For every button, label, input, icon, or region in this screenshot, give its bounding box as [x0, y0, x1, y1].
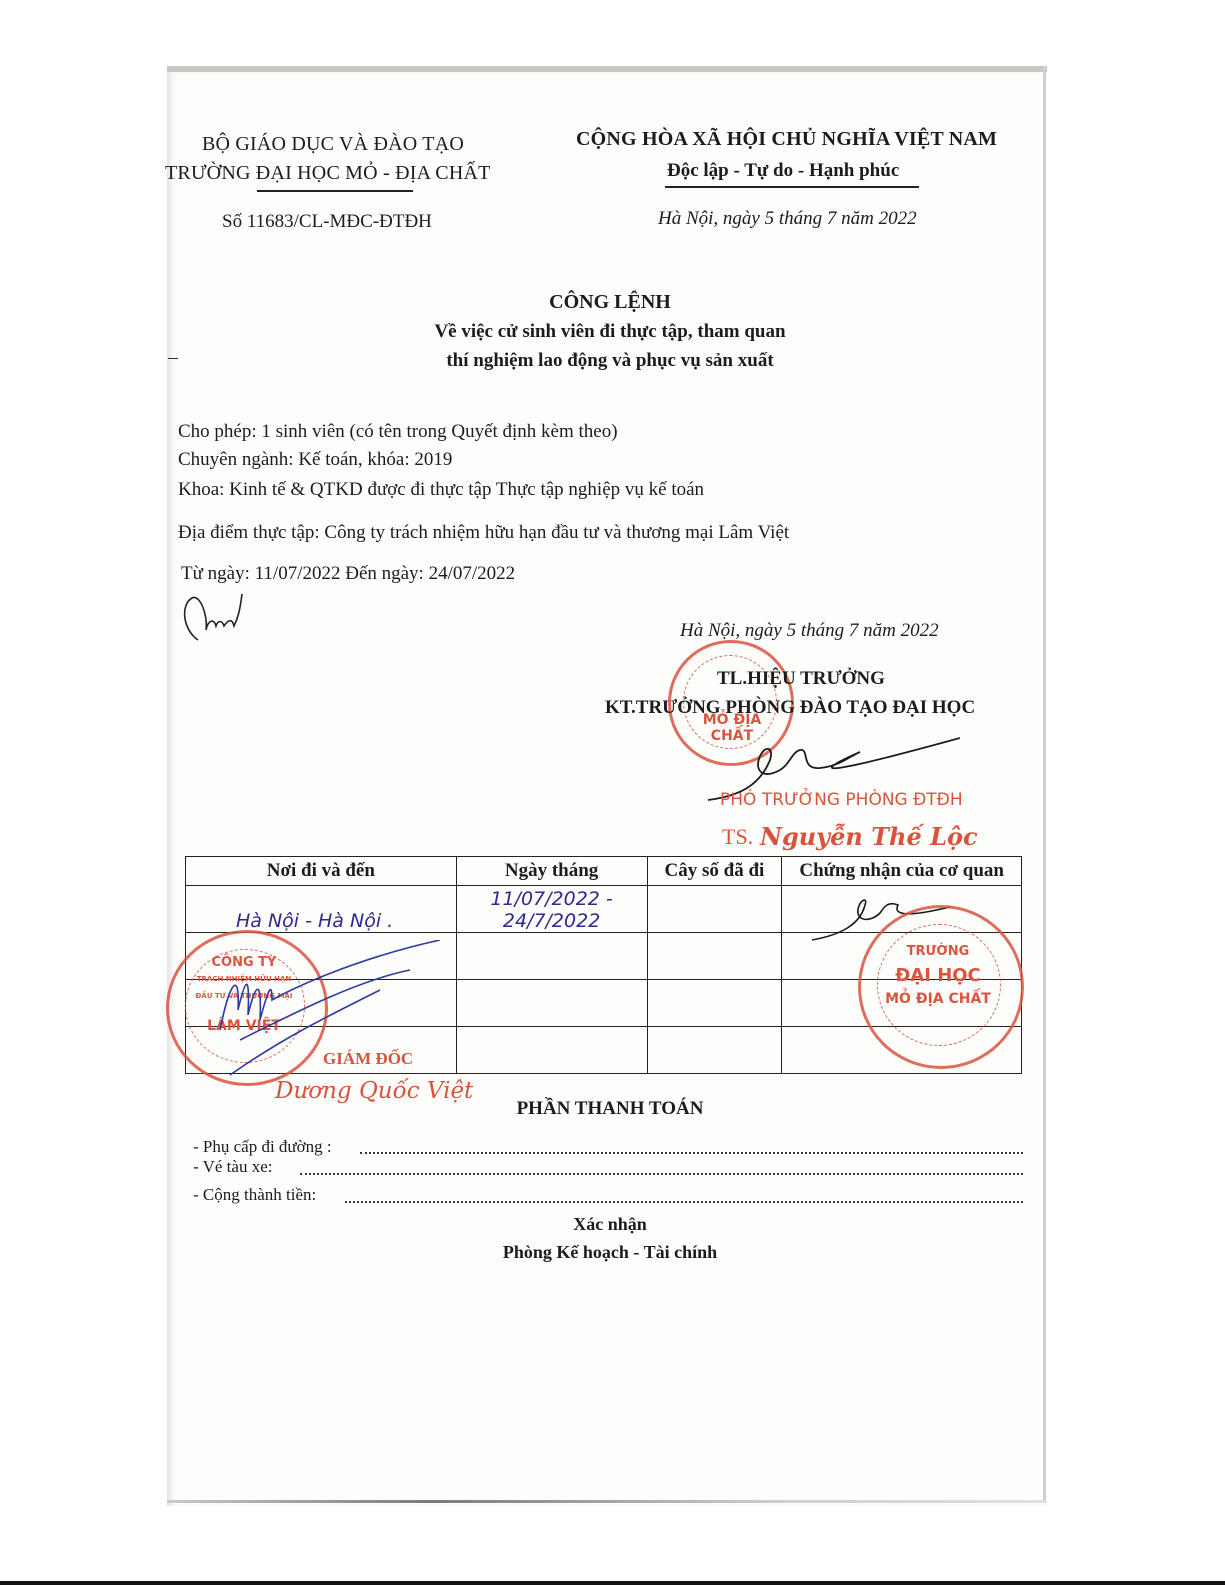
- signer-prefix: TS.: [722, 824, 753, 850]
- signature-place-date: Hà Nội, ngày 5 tháng 7 năm 2022: [680, 620, 939, 642]
- date-cell: 11/07/2022 - 24/7/2022: [456, 886, 647, 933]
- document-subtitle-1: Về việc cử sinh viên đi thực tập, tham q…: [380, 321, 840, 343]
- column-header: Chứng nhận của cơ quan: [782, 857, 1022, 886]
- certification-stamp: [858, 905, 1024, 1069]
- payment-tickets-blank: [300, 1173, 1023, 1175]
- payment-allowance-blank: [360, 1152, 1023, 1154]
- document-number: Số 11683/CL-MĐC-ĐTĐH: [222, 211, 432, 233]
- motto-underline: [665, 186, 919, 188]
- director-title: GIÁM ĐỐC: [323, 1049, 413, 1069]
- margin-mark: [168, 358, 178, 359]
- payment-title: PHẦN THANH TOÁN: [450, 1098, 770, 1120]
- date-cell: [456, 1027, 647, 1074]
- director-name: Dương Quốc Việt: [275, 1078, 473, 1104]
- finance-department-label: Phòng Kế hoạch - Tài chính: [460, 1242, 760, 1263]
- distance-cell: [647, 933, 782, 980]
- initial-signature-icon: [178, 590, 248, 650]
- column-header: Ngày tháng: [456, 857, 647, 886]
- faculty-line: Khoa: Kinh tế & QTKD được đi thực tập Th…: [178, 479, 704, 501]
- confirm-label: Xác nhận: [460, 1214, 760, 1235]
- permit-line: Cho phép: 1 sinh viên (có tên trong Quyế…: [178, 421, 618, 443]
- location-line: Địa điểm thực tập: Công ty trách nhiệm h…: [178, 522, 789, 544]
- route-cell: Hà Nội - Hà Nội .: [186, 886, 457, 933]
- country-name: CỘNG HÒA XÃ HỘI CHỦ NGHĨA VIỆT NAM: [576, 128, 997, 151]
- distance-cell: [647, 1027, 782, 1074]
- column-header: Cây số đã đi: [647, 857, 782, 886]
- distance-cell: [647, 886, 782, 933]
- scan-bottom-border: [0, 1581, 1225, 1585]
- signature-role-2: KT.TRƯỞNG PHÒNG ĐÀO TẠO ĐẠI HỌC: [605, 697, 975, 719]
- document-subtitle-2: thí nghiệm lao động và phục vụ sản xuất: [380, 350, 840, 372]
- signer-name: Nguyễn Thế Lộc: [760, 822, 978, 851]
- university-name: TRƯỜNG ĐẠI HỌC MỎ - ĐỊA CHẤT: [165, 162, 491, 185]
- document-title: CÔNG LỆNH: [400, 291, 820, 314]
- payment-item-total: - Cộng thành tiền:: [193, 1185, 316, 1205]
- ministry-name: BỘ GIÁO DỤC VÀ ĐÀO TẠO: [202, 133, 464, 156]
- date-cell: [456, 933, 647, 980]
- deputy-head-title: PHÓ TRƯỞNG PHÒNG ĐTĐH: [720, 790, 963, 810]
- major-line: Chuyên ngành: Kế toán, khóa: 2019: [178, 449, 452, 471]
- period-line: Từ ngày: 11/07/2022 Đến ngày: 24/07/2022: [181, 563, 515, 585]
- column-header: Nơi đi và đến: [186, 857, 457, 886]
- page-edge-bottom: [167, 1500, 1047, 1503]
- certification-stamp-line2: ĐẠI HỌC: [884, 965, 992, 986]
- distance-cell: [647, 980, 782, 1027]
- payment-item-allowance: - Phụ cấp đi đường :: [193, 1137, 332, 1157]
- university-underline: [257, 190, 413, 192]
- table-header-row: Nơi đi và đến Ngày tháng Cây số đã đi Ch…: [186, 857, 1022, 886]
- page-edge: [1043, 66, 1046, 1500]
- payment-item-tickets: - Vé tàu xe:: [193, 1157, 272, 1177]
- payment-total-blank: [345, 1201, 1023, 1203]
- signature-role-1: TL.HIỆU TRƯỞNG: [717, 668, 885, 690]
- certification-stamp-line3: MỎ ĐỊA CHẤT: [880, 991, 996, 1007]
- issue-place-date: Hà Nội, ngày 5 tháng 7 năm 2022: [658, 208, 917, 230]
- certification-stamp-line1: TRƯỜNG: [888, 944, 988, 959]
- date-cell: [456, 980, 647, 1027]
- national-motto: Độc lập - Tự do - Hạnh phúc: [667, 160, 899, 182]
